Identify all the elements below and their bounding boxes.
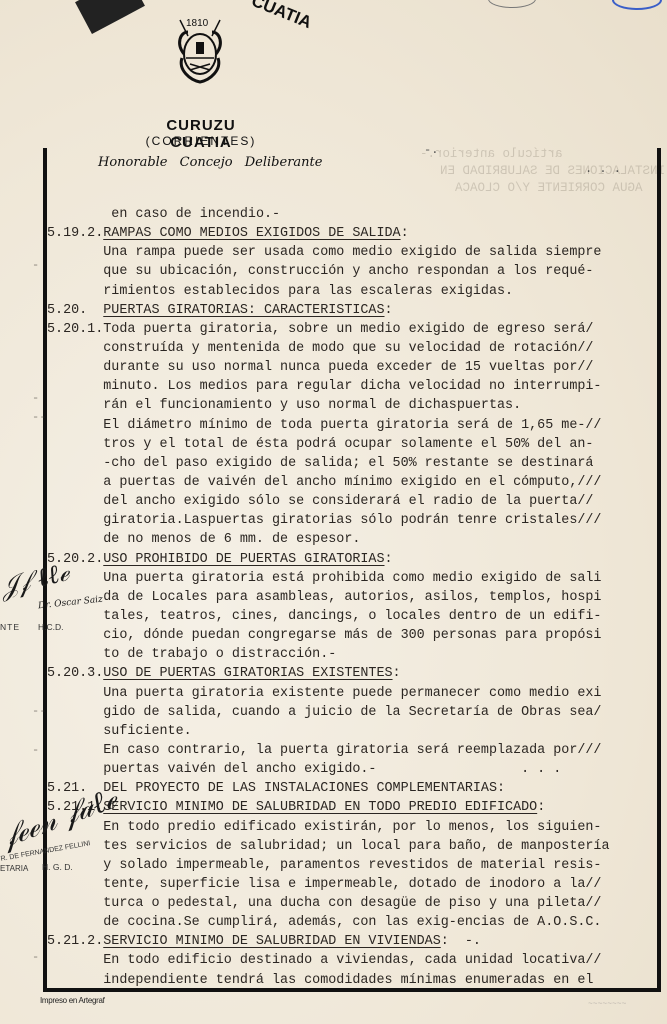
body-line: da de Locales para asambleas, autorios, … — [47, 588, 659, 607]
margin-mark: - — [32, 391, 39, 405]
section-heading-line: 5.21.2.SERVICIO MINIMO DE SALUBRIDAD EN … — [47, 932, 659, 951]
body-line: En todo edificio destinado a viviendas, … — [47, 951, 659, 970]
line-text: a puertas de vaivén del ancho mínimo exi… — [103, 475, 601, 490]
body-line: que su ubicación, construcción y ancho r… — [47, 262, 659, 281]
body-line: puertas vaivén del ancho exigido.- . . . — [47, 760, 659, 779]
body-line: y solado impermeable, paramentos revesti… — [47, 856, 659, 875]
line-text: minuto. Los medios para regular dicha ve… — [103, 379, 601, 394]
line-text: to de trabajo o distracción.- — [103, 647, 336, 662]
body-line: rimientos establecidos para las escalera… — [47, 282, 659, 301]
body-line: giratoria.Laspuertas giratorias sólo pod… — [47, 511, 659, 530]
printer-credit: Impreso en Artegraf — [40, 996, 105, 1005]
body-line: turca o pedestal, una ducha con desagüe … — [47, 894, 659, 913]
line-text: gido de salida, cuando a juicio de la Se… — [103, 705, 601, 720]
line-text: tente, superficie lisa e impermeable, do… — [103, 877, 601, 892]
margin-mark: -- — [32, 410, 46, 424]
line-text: En caso contrario, la puerta giratoria s… — [103, 743, 601, 758]
coat-of-arms-icon: 1810 — [172, 14, 228, 86]
body-line: construída y mentenida de modo que su ve… — [47, 339, 659, 358]
body-line: de no menos de 6 mm. de espesor. — [47, 530, 659, 549]
line-text: y solado impermeable, paramentos revesti… — [103, 858, 601, 873]
typewritten-body: en caso de incendio.-5.19.2.RAMPAS COMO … — [47, 205, 659, 990]
line-text: turca o pedestal, una ducha con desagüe … — [103, 896, 601, 911]
line-text: da de Locales para asambleas, autorios, … — [103, 590, 601, 605]
body-line: En caso contrario, la puerta giratoria s… — [47, 741, 659, 760]
section-heading-line: 5.20.3.USO DE PUERTAS GIRATORIAS EXISTEN… — [47, 664, 659, 683]
line-text: tros y el total de ésta podrá ocupar sol… — [103, 437, 593, 452]
line-text: -cho del paso exigido de salida; el 50% … — [103, 456, 593, 471]
signature-title: ETARIA — [0, 864, 28, 873]
section-number: 5.20.1. — [47, 322, 103, 337]
signature-title: NTE — [0, 622, 20, 632]
signature-org: H. G. D. — [42, 862, 73, 872]
line-text: de no menos de 6 mm. de espesor. — [103, 532, 360, 547]
body-line: El diámetro mínimo de toda puerta girato… — [47, 416, 659, 435]
section-heading: RAMPAS COMO MEDIOS EXIGIDOS DE SALIDA — [103, 226, 400, 241]
line-text: rán el funcionamiento y uso normal de di… — [103, 398, 521, 413]
body-line: 5.20.1.Toda puerta giratoria, sobre un m… — [47, 320, 659, 339]
body-line: suficiente. — [47, 722, 659, 741]
margin-mark: - — [32, 743, 39, 757]
line-text: rimientos establecidos para las escalera… — [103, 284, 513, 299]
line-text: DEL PROYECTO DE LAS INSTALACIONES COMPLE… — [103, 781, 505, 796]
line-text: Una puerta giratoria existente puede per… — [103, 686, 601, 701]
section-heading-line: 5.20.2.USO PROHIBIDO DE PUERTAS GIRATORI… — [47, 550, 659, 569]
section-heading-line: 5.20. PUERTAS GIRATORIAS: CARACTERISTICA… — [47, 301, 659, 320]
section-number: 5.20. — [47, 303, 103, 318]
section-heading: PUERTAS GIRATORIAS: CARACTERISTICAS — [103, 303, 384, 318]
body-line: -cho del paso exigido de salida; el 50% … — [47, 454, 659, 473]
section-heading: USO DE PUERTAS GIRATORIAS EXISTENTES — [103, 666, 392, 681]
margin-mark: - — [32, 258, 39, 272]
body-line: En todo predio edificado existirán, por … — [47, 818, 659, 837]
bleed-through-text: ~~~~~~~~ — [588, 1000, 626, 1009]
body-line: 5.21. DEL PROYECTO DE LAS INSTALACIONES … — [47, 779, 659, 798]
body-line: tros y el total de ésta podrá ocupar sol… — [47, 435, 659, 454]
line-text: En todo predio edificado existirán, por … — [103, 820, 601, 835]
line-text: Una puerta giratoria está prohibida como… — [103, 571, 601, 586]
section-number: 5.19.2. — [47, 226, 103, 241]
line-text: que su ubicación, construcción y ancho r… — [103, 264, 593, 279]
crest-year: 1810 — [186, 18, 209, 29]
line-text: del ancho exigido sólo se considerará el… — [103, 494, 593, 509]
line-text: giratoria.Laspuertas giratorias sólo pod… — [103, 513, 601, 528]
line-text: construída y mentenida de modo que su ve… — [103, 341, 593, 356]
body-line: de cocina.Se cumplirá, además, con las e… — [47, 913, 659, 932]
body-line: durante su uso normal nunca pueda excede… — [47, 358, 659, 377]
line-text: independiente tendrá las comodidades mín… — [103, 973, 593, 988]
line-text: En todo edificio destinado a viviendas, … — [103, 953, 601, 968]
section-heading: SERVICIO MINIMO DE SALUBRIDAD EN TODO PR… — [103, 800, 537, 815]
signature-org: H.C.D. — [38, 622, 64, 632]
line-text: tes servicios de salubridad; un local pa… — [103, 839, 609, 854]
seal-fragment — [488, 0, 536, 8]
body-line: rán el funcionamiento y uso normal de di… — [47, 396, 659, 415]
seal-fragment-blue — [612, 0, 662, 10]
body-line: del ancho exigido sólo se considerará el… — [47, 492, 659, 511]
body-line: tes servicios de salubridad; un local pa… — [47, 837, 659, 856]
line-text: tales, teatros, cines, dancings, o local… — [103, 609, 601, 624]
stamp-fragment — [75, 0, 145, 34]
stamp-text-fragment: CUATIA — [249, 0, 315, 33]
body-line: to de trabajo o distracción.- — [47, 645, 659, 664]
margin-mark: -- — [32, 704, 46, 718]
letterhead-province: (CORRIENTES) — [136, 134, 266, 148]
section-heading: SERVICIO MINIMO DE SALUBRIDAD EN VIVIEND… — [103, 934, 441, 949]
line-text: suficiente. — [103, 724, 191, 739]
body-line: Una puerta giratoria está prohibida como… — [47, 569, 659, 588]
line-text: Una rampa puede ser usada como medio exi… — [103, 245, 601, 260]
section-heading-line: 5.19.2.RAMPAS COMO MEDIOS EXIGIDOS DE SA… — [47, 224, 659, 243]
body-line: Una puerta giratoria existente puede per… — [47, 684, 659, 703]
body-line: tales, teatros, cines, dancings, o local… — [47, 607, 659, 626]
section-number: 5.20.3. — [47, 666, 103, 681]
line-text: durante su uso normal nunca pueda excede… — [103, 360, 593, 375]
line-text: El diámetro mínimo de toda puerta girato… — [103, 418, 601, 433]
body-line: minuto. Los medios para regular dicha ve… — [47, 377, 659, 396]
line-text: en caso de incendio.- — [111, 207, 280, 222]
body-line: tente, superficie lisa e impermeable, do… — [47, 875, 659, 894]
body-line: en caso de incendio.- — [47, 205, 659, 224]
line-text: de cocina.Se cumplirá, además, con las e… — [103, 915, 601, 930]
margin-mark: - — [32, 950, 39, 964]
body-line: a puertas de vaivén del ancho mínimo exi… — [47, 473, 659, 492]
section-heading-line: 5.21.1.SERVICIO MINIMO DE SALUBRIDAD EN … — [47, 798, 659, 817]
body-line: cio, dónde puedan congregarse más de 300… — [47, 626, 659, 645]
section-heading: USO PROHIBIDO DE PUERTAS GIRATORIAS — [103, 552, 384, 567]
body-line: gido de salida, cuando a juicio de la Se… — [47, 703, 659, 722]
line-text: Toda puerta giratoria, sobre un medio ex… — [103, 322, 593, 337]
line-text: puertas vaivén del ancho exigido.- . . . — [103, 762, 561, 777]
body-line: independiente tendrá las comodidades mín… — [47, 971, 659, 990]
line-text: cio, dónde puedan congregarse más de 300… — [103, 628, 601, 643]
body-line: Una rampa puede ser usada como medio exi… — [47, 243, 659, 262]
section-number: 5.21.2. — [47, 934, 103, 949]
